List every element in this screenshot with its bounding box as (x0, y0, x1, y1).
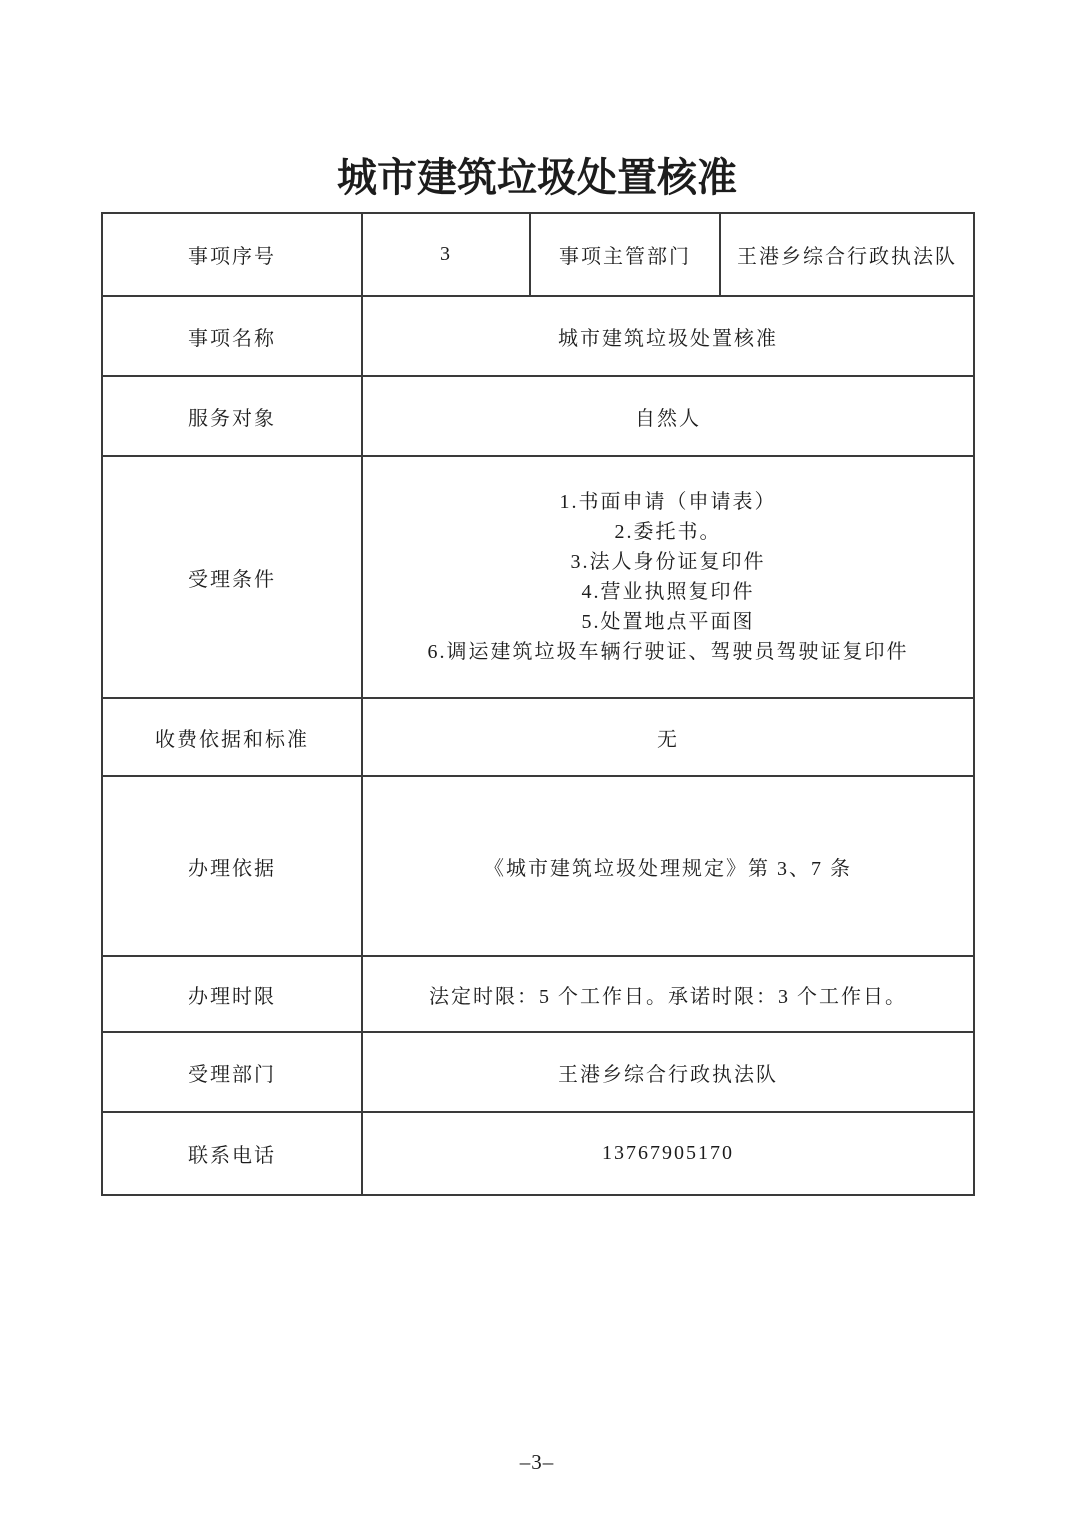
item-name-value: 城市建筑垃圾处置核准 (362, 296, 974, 376)
supervising-department-label: 事项主管部门 (530, 213, 720, 296)
contact-phone-value: 13767905170 (362, 1112, 974, 1195)
fee-basis-value: 无 (362, 698, 974, 776)
page-number: –3– (0, 1450, 1074, 1475)
table-row-accepting-department: 受理部门 王港乡综合行政执法队 (102, 1032, 974, 1112)
contact-phone-label: 联系电话 (102, 1112, 362, 1195)
table-row-contact-phone: 联系电话 13767905170 (102, 1112, 974, 1195)
time-limit-label: 办理时限 (102, 956, 362, 1032)
service-target-label: 服务对象 (102, 376, 362, 456)
accepting-department-label: 受理部门 (102, 1032, 362, 1112)
fee-basis-label: 收费依据和标准 (102, 698, 362, 776)
accepting-department-value: 王港乡综合行政执法队 (362, 1032, 974, 1112)
table-row-handling-basis: 办理依据 《城市建筑垃圾处理规定》第 3、7 条 (102, 776, 974, 956)
handling-basis-value: 《城市建筑垃圾处理规定》第 3、7 条 (362, 776, 974, 956)
document-title: 城市建筑垃圾处置核准 (0, 146, 1074, 203)
table-row-acceptance-conditions: 受理条件 1.书面申请（申请表） 2.委托书。 3.法人身份证复印件 4.营业执… (102, 456, 974, 698)
supervising-department-value: 王港乡综合行政执法队 (720, 213, 974, 296)
item-number-value: 3 (362, 213, 530, 296)
handling-basis-label: 办理依据 (102, 776, 362, 956)
table-row-service-target: 服务对象 自然人 (102, 376, 974, 456)
document-page: 城市建筑垃圾处置核准 事项序号 3 事项主管部门 王港乡综合行政执法队 事项名称… (0, 0, 1074, 1520)
condition-line-5: 5.处置地点平面图 (369, 607, 967, 637)
condition-line-3: 3.法人身份证复印件 (369, 547, 967, 577)
condition-line-1: 1.书面申请（申请表） (369, 487, 967, 517)
table-row-fee-basis: 收费依据和标准 无 (102, 698, 974, 776)
service-target-value: 自然人 (362, 376, 974, 456)
approval-info-table: 事项序号 3 事项主管部门 王港乡综合行政执法队 事项名称 城市建筑垃圾处置核准… (101, 212, 975, 1196)
condition-line-2: 2.委托书。 (369, 517, 967, 547)
condition-line-4: 4.营业执照复印件 (369, 577, 967, 607)
item-name-label: 事项名称 (102, 296, 362, 376)
time-limit-value: 法定时限：5 个工作日。承诺时限：3 个工作日。 (362, 956, 974, 1032)
item-number-label: 事项序号 (102, 213, 362, 296)
table-row-item-name: 事项名称 城市建筑垃圾处置核准 (102, 296, 974, 376)
acceptance-conditions-label: 受理条件 (102, 456, 362, 698)
condition-line-6: 6.调运建筑垃圾车辆行驶证、驾驶员驾驶证复印件 (369, 637, 967, 667)
table-row-item-number: 事项序号 3 事项主管部门 王港乡综合行政执法队 (102, 213, 974, 296)
table-row-time-limit: 办理时限 法定时限：5 个工作日。承诺时限：3 个工作日。 (102, 956, 974, 1032)
acceptance-conditions-value: 1.书面申请（申请表） 2.委托书。 3.法人身份证复印件 4.营业执照复印件 … (362, 456, 974, 698)
